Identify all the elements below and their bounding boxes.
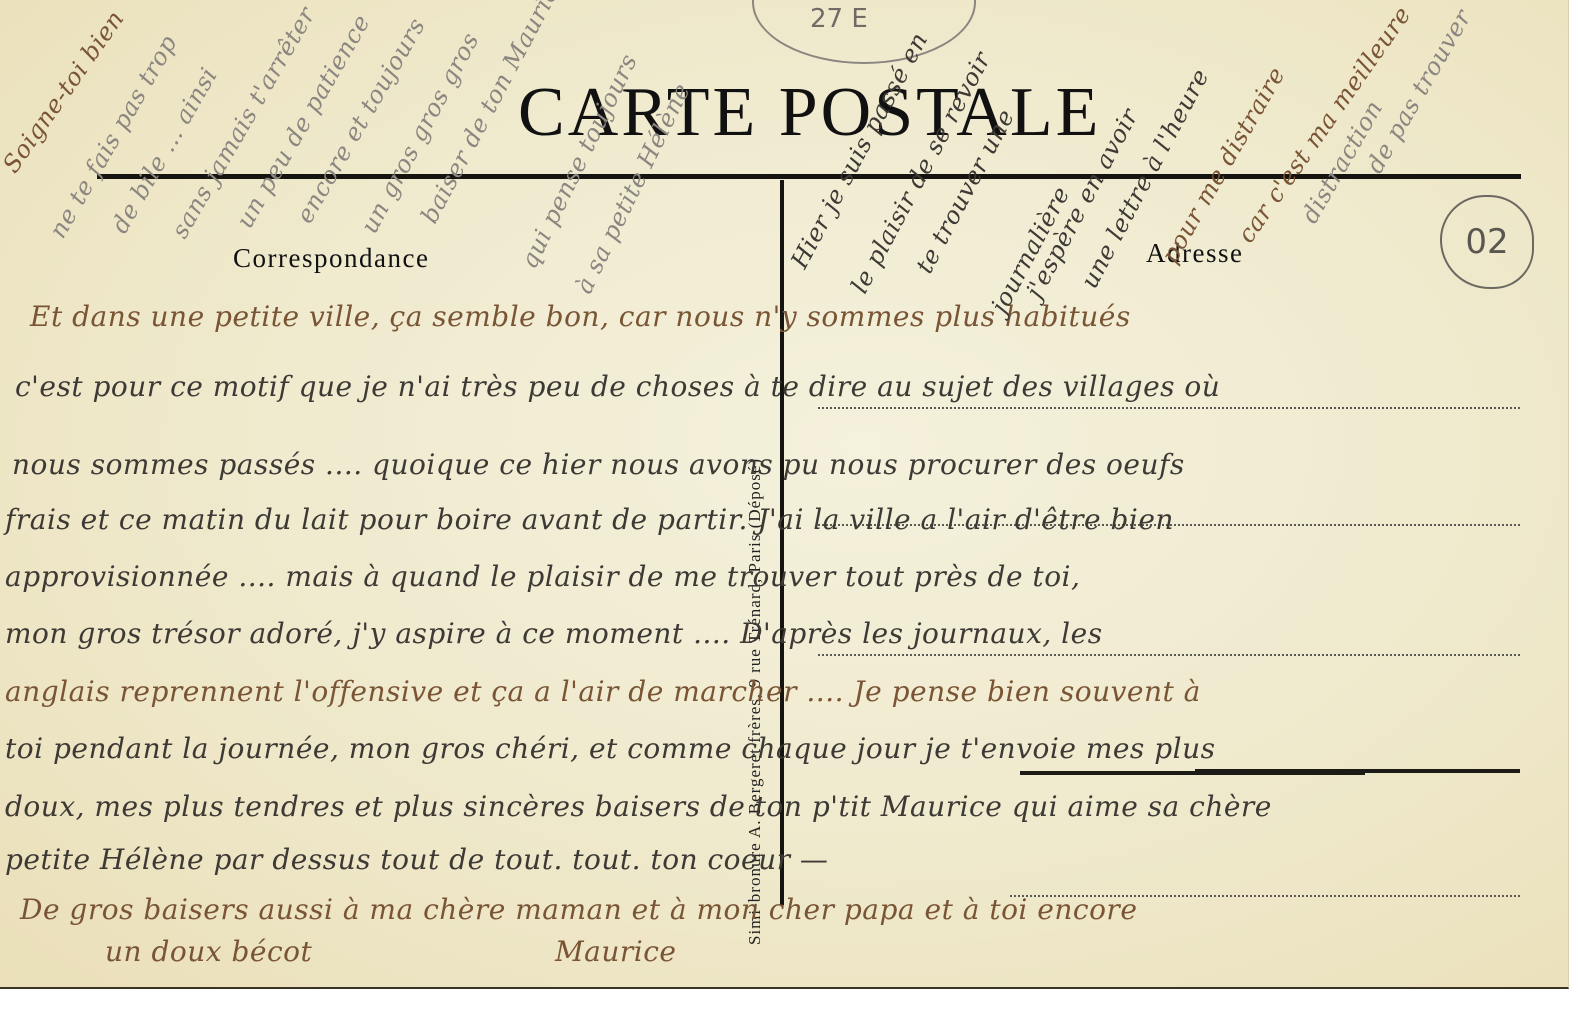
archive-circled-mark-top: 27 E [752, 0, 976, 64]
handwritten-line-3: nous sommes passés .... quoique ce hier … [12, 448, 1185, 481]
archive-circled-mark-right: 02 [1440, 195, 1534, 289]
address-line-3 [818, 654, 1520, 656]
handwritten-line-2: c'est pour ce motif que je n'ai très peu… [15, 370, 1220, 403]
handwritten-line-10: petite Hélène par dessus tout de tout. t… [5, 843, 828, 876]
handwritten-line-9: doux, mes plus tendres et plus sincères … [5, 790, 1272, 823]
archive-number-top: 27 E [810, 4, 868, 34]
handwritten-line-7: anglais reprennent l'offensive et ça a l… [5, 675, 1201, 708]
handwritten-line-6: mon gros trésor adoré, j'y aspire à ce m… [5, 617, 1103, 650]
address-line-1 [818, 407, 1520, 409]
handwritten-line-8: toi pendant la journée, mon gros chéri, … [5, 732, 1215, 765]
archive-number-right: 02 [1465, 222, 1508, 262]
postcard: 27 E CARTE POSTALE Correspondance Adress… [0, 0, 1569, 989]
handwritten-line-11: De gros baisers aussi à ma chère maman e… [20, 893, 1137, 926]
handwritten-line-1: Et dans une petite ville, ça semble bon,… [30, 300, 1131, 333]
address-underline-bar-2 [1195, 769, 1520, 773]
signature: Maurice [555, 935, 677, 968]
handwritten-line-5: approvisionnée .... mais à quand le plai… [5, 560, 1080, 593]
handwritten-line-4: frais et ce matin du lait pour boire ava… [5, 503, 1174, 536]
correspondence-label: Correspondance [233, 243, 429, 274]
handwritten-line-12: un doux bécot [105, 935, 312, 968]
